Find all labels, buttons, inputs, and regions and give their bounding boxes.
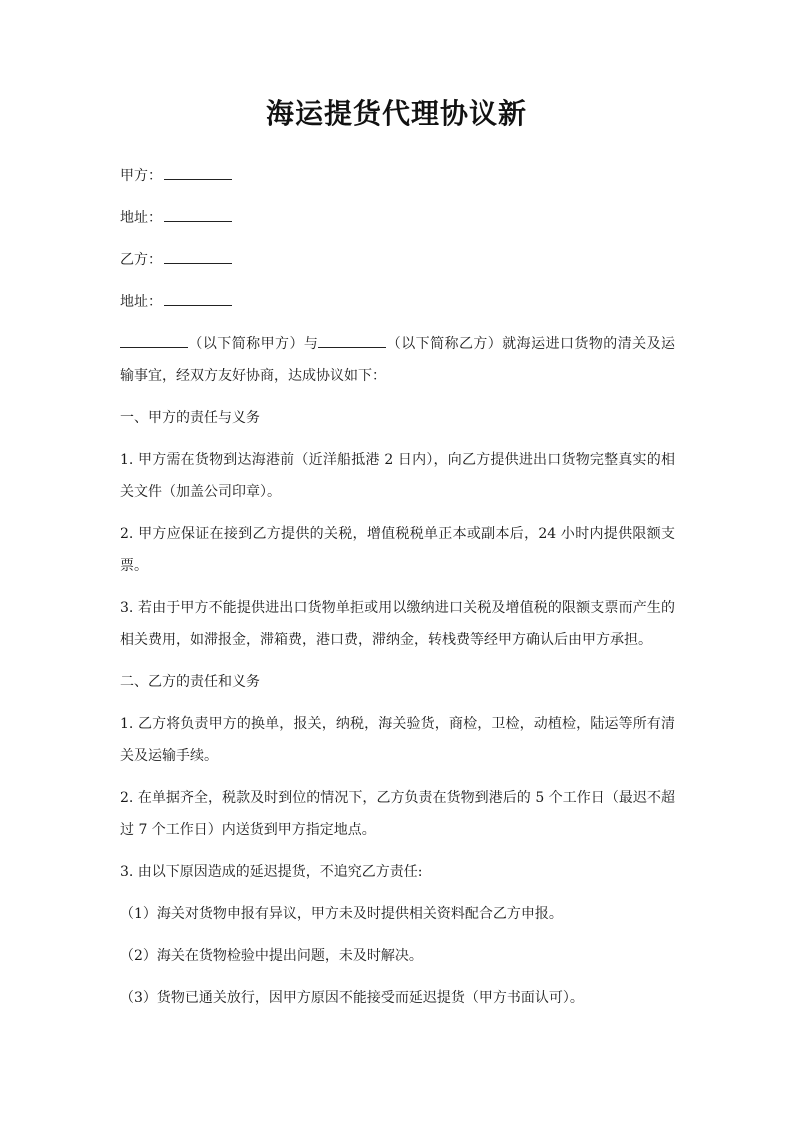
- party-a-address-blank: [164, 207, 232, 222]
- intro-party-b-blank: [318, 333, 386, 348]
- field-label: 地址：: [120, 294, 162, 310]
- document-page: 海运提货代理协议新 甲方： 地址： 乙方： 地址： （以下简称甲方）与（以下简称…: [0, 0, 793, 1122]
- subclause-b-3-3: （3）货物已通关放行，因甲方原因不能接受而延迟提货（甲方书面认可）。: [120, 982, 675, 1014]
- party-a-field: 甲方：: [120, 160, 675, 192]
- section-heading-party-b: 二、乙方的责任和义务: [120, 666, 675, 698]
- document-title: 海运提货代理协议新: [0, 92, 793, 136]
- party-b-address-blank: [164, 291, 232, 306]
- subclause-b-3-1: （1）海关对货物申报有异议，甲方未及时提供相关资料配合乙方申报。: [120, 898, 675, 930]
- party-b-blank: [164, 249, 232, 264]
- party-b-field: 乙方：: [120, 244, 675, 276]
- field-label: 甲方：: [120, 168, 162, 184]
- party-a-address-field: 地址：: [120, 202, 675, 234]
- intro-party-a-blank: [120, 333, 188, 348]
- party-b-address-field: 地址：: [120, 286, 675, 318]
- clause-b-2: 2. 在单据齐全，税款及时到位的情况下，乙方负责在货物到港后的 5 个工作日（最…: [120, 782, 675, 846]
- field-label: 地址：: [120, 210, 162, 226]
- clause-a-1: 1. 甲方需在货物到达海港前（近洋船抵港 2 日内），向乙方提供进出口货物完整真…: [120, 444, 675, 508]
- subclause-b-3-2: （2）海关在货物检验中提出问题，未及时解决。: [120, 940, 675, 972]
- clause-b-3: 3. 由以下原因造成的延迟提货，不追究乙方责任:: [120, 856, 675, 888]
- clause-b-1: 1. 乙方将负责甲方的换单，报关，纳税，海关验货，商检，卫检，动植检，陆运等所有…: [120, 708, 675, 772]
- clause-a-3: 3. 若由于甲方不能提供进出口货物单拒或用以缴纳进口关税及增值税的限额支票而产生…: [120, 592, 675, 656]
- section-heading-party-a: 一、甲方的责任与义务: [120, 402, 675, 434]
- party-a-blank: [164, 165, 232, 180]
- clause-a-2: 2. 甲方应保证在接到乙方提供的关税，增值税税单正本或副本后，24 小时内提供限…: [120, 518, 675, 582]
- document-body: 甲方： 地址： 乙方： 地址： （以下简称甲方）与（以下简称乙方）就海运进口货物…: [120, 160, 675, 1024]
- intro-paragraph: （以下简称甲方）与（以下简称乙方）就海运进口货物的清关及运输事宜，经双方友好协商…: [120, 328, 675, 392]
- field-label: 乙方：: [120, 252, 162, 268]
- intro-text-1: （以下简称甲方）与: [188, 336, 318, 352]
